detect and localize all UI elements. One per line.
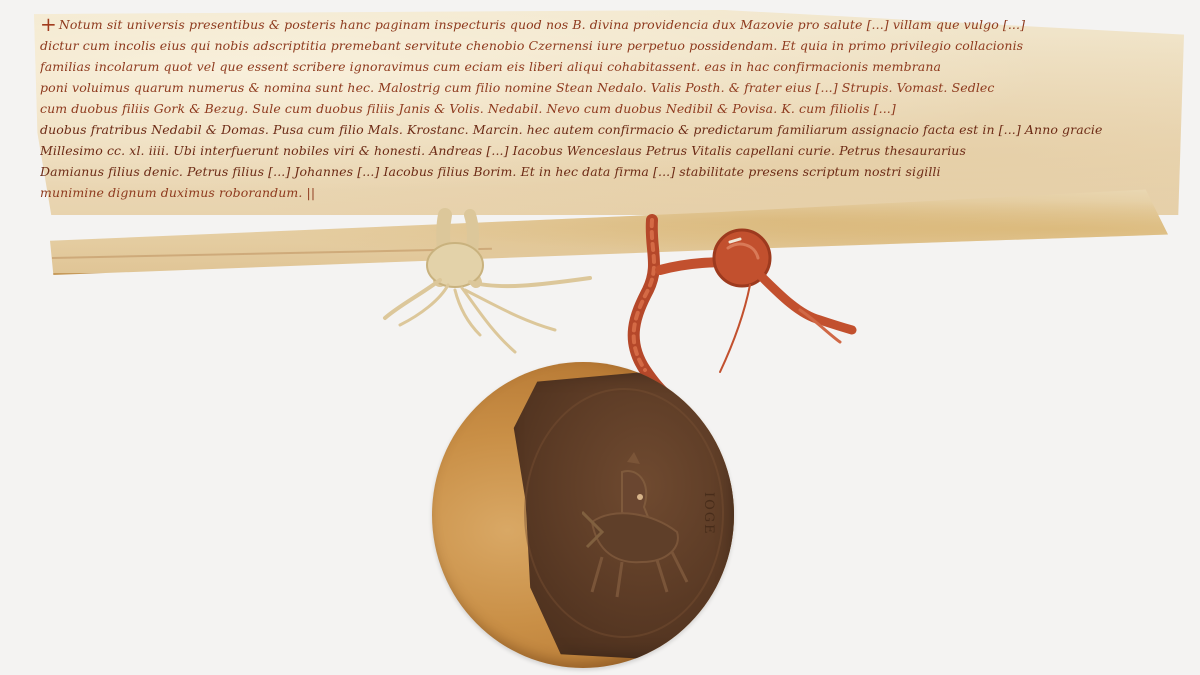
wax-seal: IOGE <box>432 362 734 668</box>
undyed-cord-icon <box>385 215 590 352</box>
photo-scene: +Notum sit universis presentibus & poste… <box>0 0 1200 675</box>
seal-legend: IOGE <box>701 492 716 536</box>
equestrian-figure-icon <box>582 452 692 602</box>
